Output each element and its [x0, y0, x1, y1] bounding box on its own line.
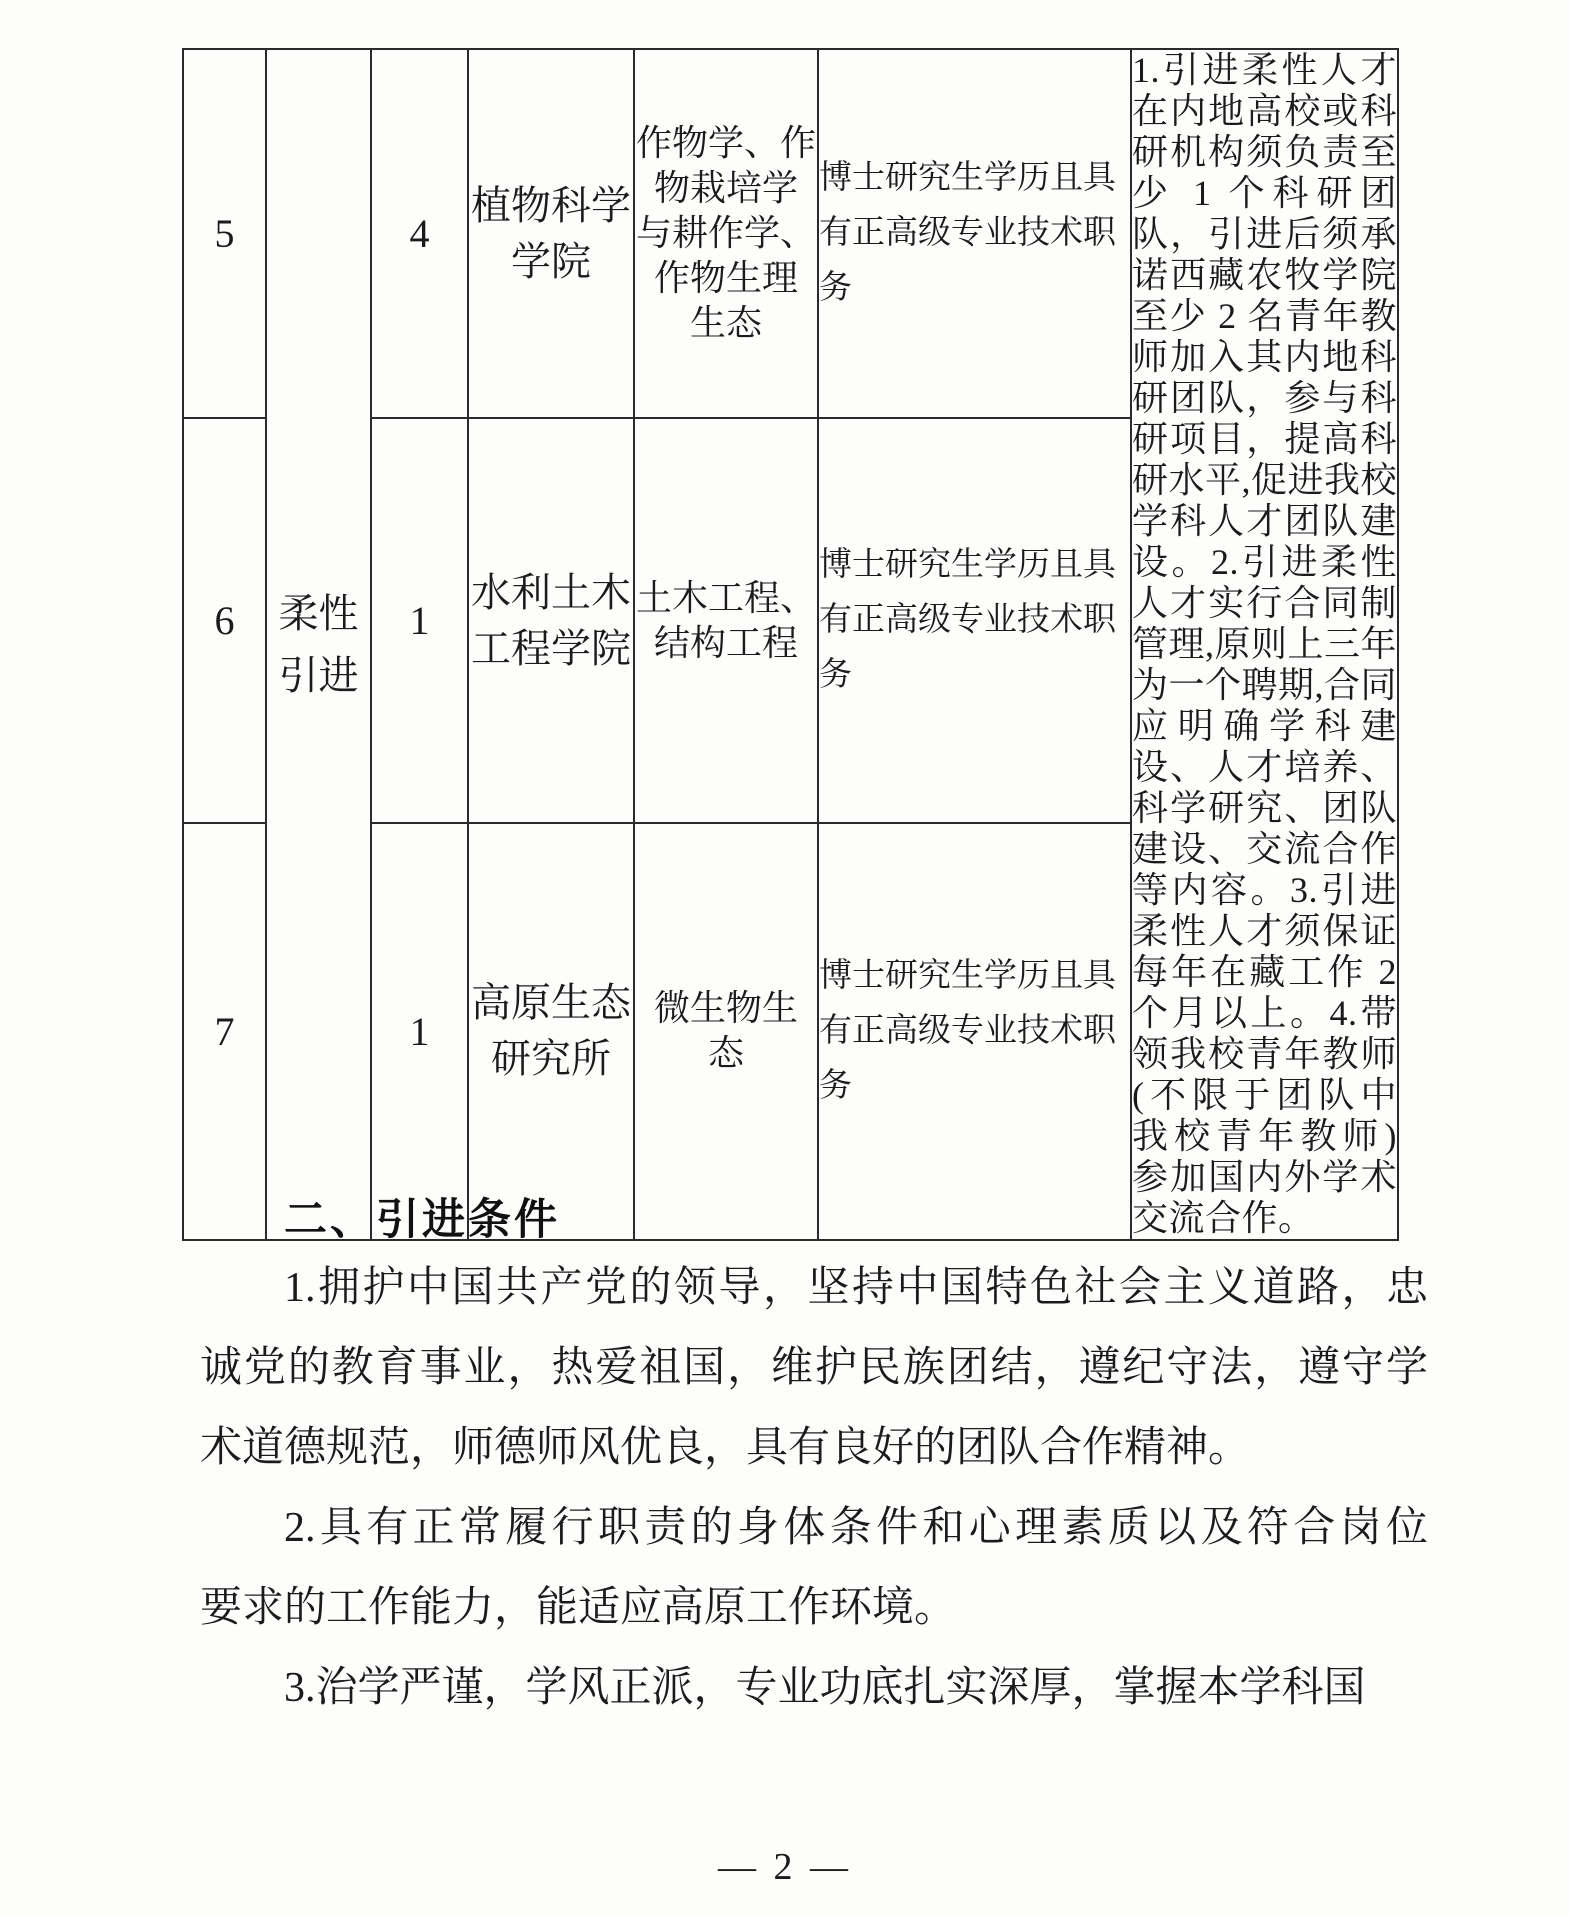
document-page: 5 柔性引进 4 植物科学学院 作物学、作 物栽培学 与耕作学、 作物生理 生态…: [0, 0, 1570, 1916]
remarks-cell: 1.引进柔性人才在内地高校或科研机构须负责至少 1 个科研团队，引进后须承诺西藏…: [1131, 49, 1398, 1240]
table-row: 5 柔性引进 4 植物科学学院 作物学、作 物栽培学 与耕作学、 作物生理 生态…: [183, 49, 1398, 418]
body-line: 要求的工作能力，能适应高原工作环境。: [200, 1568, 1428, 1648]
headcount-cell: 1: [371, 823, 468, 1240]
requirement-cell: 博士研究生学历且具有正高级专业技术职务: [818, 823, 1131, 1240]
discipline-cell: 作物学、作 物栽培学 与耕作学、 作物生理 生态: [634, 49, 818, 418]
headcount-cell: 4: [371, 49, 468, 418]
body-line: 2.具有正常履行职责的身体条件和心理素质以及符合岗位: [200, 1488, 1428, 1568]
page-number: — 2 —: [0, 1845, 1570, 1889]
discipline-cell: 微生物生 态: [634, 823, 818, 1240]
body-text-block: 1.拥护中国共产党的领导，坚持中国特色社会主义道路，忠 诚党的教育事业，热爱祖国…: [200, 1248, 1428, 1728]
body-line: 诚党的教育事业，热爱祖国，维护民族团结，遵纪守法，遵守学: [200, 1328, 1428, 1408]
section-heading: 二、引进条件: [284, 1186, 560, 1247]
body-line: 3.治学严谨，学风正派，专业功底扎实深厚，掌握本学科国: [200, 1648, 1428, 1728]
college-cell: 水利土木工程学院: [468, 418, 634, 822]
discipline-cell: 土木工程、 结构工程: [634, 418, 818, 822]
row-number-cell: 6: [183, 418, 266, 822]
recruitment-table: 5 柔性引进 4 植物科学学院 作物学、作 物栽培学 与耕作学、 作物生理 生态…: [182, 48, 1399, 1241]
body-line: 1.拥护中国共产党的领导，坚持中国特色社会主义道路，忠: [200, 1248, 1428, 1328]
college-cell: 高原生态研究所: [468, 823, 634, 1240]
headcount-cell: 1: [371, 418, 468, 822]
row-number-cell: 7: [183, 823, 266, 1240]
requirement-cell: 博士研究生学历且具有正高级专业技术职务: [818, 49, 1131, 418]
row-number-cell: 5: [183, 49, 266, 418]
body-line: 术道德规范，师德师风优良，具有良好的团队合作精神。: [200, 1408, 1428, 1488]
intro-type-cell: 柔性引进: [266, 49, 371, 1240]
college-cell: 植物科学学院: [468, 49, 634, 418]
requirement-cell: 博士研究生学历且具有正高级专业技术职务: [818, 418, 1131, 822]
